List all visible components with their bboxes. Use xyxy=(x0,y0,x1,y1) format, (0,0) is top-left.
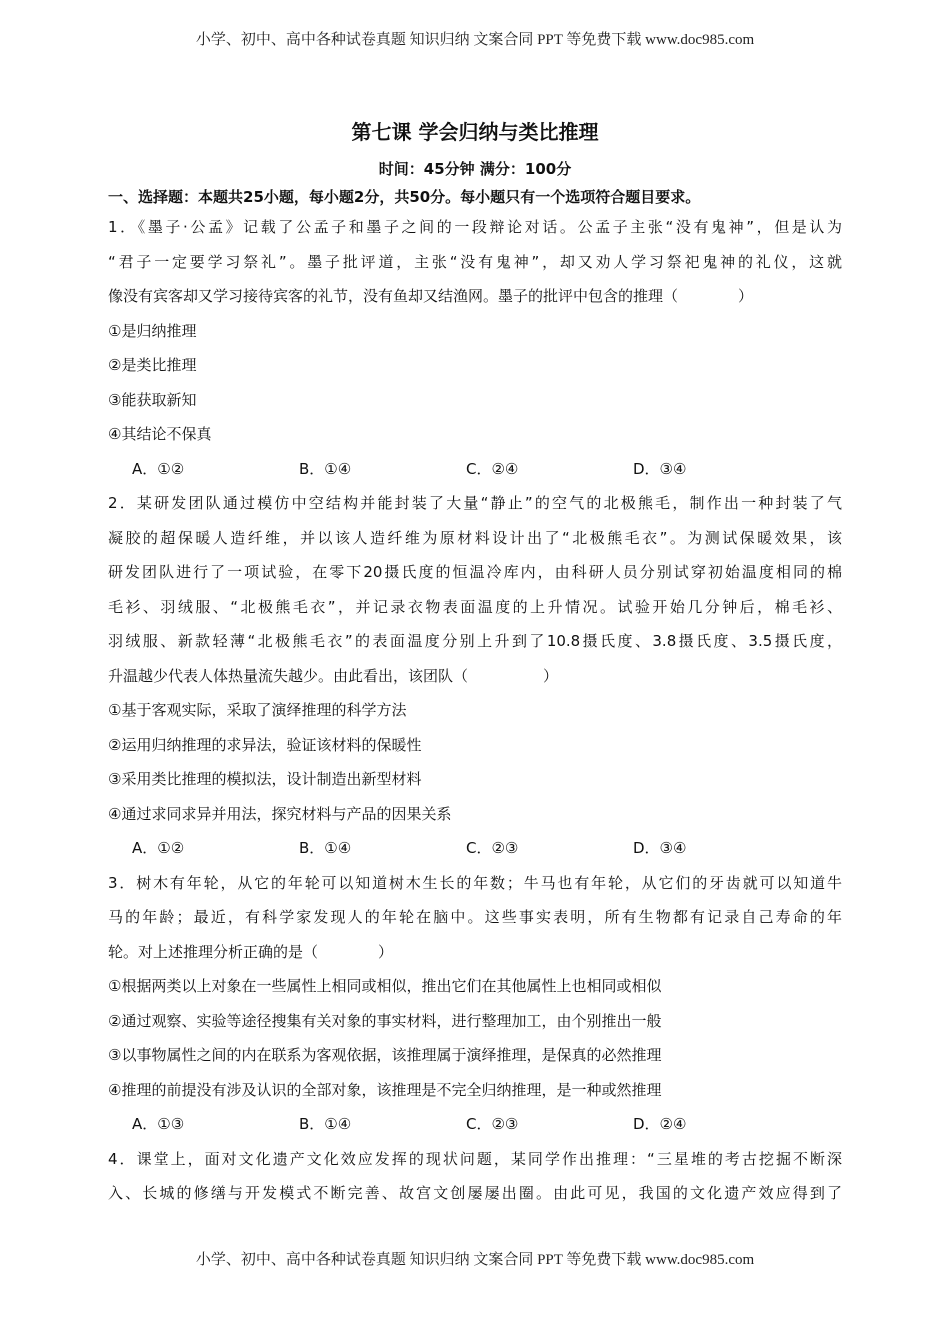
question-stem-line: 羽绒服、新款轻薄“北极熊毛衣”的表面温度分别上升到了10.8摄氏度、3.8摄氏度… xyxy=(108,624,842,659)
answer-choices: A．①② B．①④ C．②④ D．③④ xyxy=(108,452,842,487)
choice-b[interactable]: B．①④ xyxy=(299,1107,466,1142)
statement-item: ④通过求同求异并用法，探究材料与产品的因果关系 xyxy=(108,797,842,832)
section-heading: 一、选择题：本题共25小题，每小题2分，共50分。每小题只有一个选项符合题目要求… xyxy=(108,186,848,207)
statement-item: ①是归纳推理 xyxy=(108,314,842,349)
choice-a[interactable]: A．①② xyxy=(132,452,299,487)
question-stem-line: 马的年龄；最近，有科学家发现人的年轮在脑中。这些事实表明，所有生物都有记录自己寿… xyxy=(108,900,842,935)
choice-d[interactable]: D．③④ xyxy=(633,831,800,866)
page-footer-watermark: 小学、初中、高中各种试卷真题 知识归纳 文案合同 PPT 等免费下载 www.d… xyxy=(0,1248,950,1269)
choice-d[interactable]: D．②④ xyxy=(633,1107,800,1142)
question-3: 3．树木有年轮，从它的年轮可以知道树木生长的年数；牛马也有年轮，从它们的牙齿就可… xyxy=(108,866,842,1142)
statement-item: ④推理的前提没有涉及认识的全部对象，该推理是不完全归纳推理，是一种或然推理 xyxy=(108,1073,842,1108)
statement-item: ③能获取新知 xyxy=(108,383,842,418)
choice-c[interactable]: C．②③ xyxy=(466,1107,633,1142)
question-stem-line: 2．某研发团队通过模仿中空结构并能封装了大量“静止”的空气的北极熊毛，制作出一种… xyxy=(108,486,842,521)
question-stem-line: 升温越少代表人体热量流失越少。由此看出，该团队（ ） xyxy=(108,659,842,694)
statement-item: ①根据两类以上对象在一些属性上相同或相似，推出它们在其他属性上也相同或相似 xyxy=(108,969,842,1004)
question-stem-line: 1．《墨子·公孟》记载了公孟子和墨子之间的一段辩论对话。公孟子主张“没有鬼神”，… xyxy=(108,210,842,245)
question-stem-line: 研发团队进行了一项试验，在零下20摄氏度的恒温冷库内，由科研人员分别试穿初始温度… xyxy=(108,555,842,590)
choice-c[interactable]: C．②④ xyxy=(466,452,633,487)
statement-item: ③以事物属性之间的内在联系为客观依据，该推理属于演绎推理，是保真的必然推理 xyxy=(108,1038,842,1073)
question-stem-line: 轮。对上述推理分析正确的是（ ） xyxy=(108,935,842,970)
choice-a[interactable]: A．①② xyxy=(132,831,299,866)
statement-item: ②通过观察、实验等途径搜集有关对象的事实材料，进行整理加工，由个别推出一般 xyxy=(108,1004,842,1039)
choice-c[interactable]: C．②③ xyxy=(466,831,633,866)
choice-b[interactable]: B．①④ xyxy=(299,452,466,487)
question-stem-line: 入、长城的修缮与开发模式不断完善、故宫文创屡屡出圈。由此可见，我国的文化遗产效应… xyxy=(108,1176,842,1211)
question-stem-line: 3．树木有年轮，从它的年轮可以知道树木生长的年数；牛马也有年轮，从它们的牙齿就可… xyxy=(108,866,842,901)
statement-item: ③采用类比推理的模拟法，设计制造出新型材料 xyxy=(108,762,842,797)
question-4: 4．课堂上，面对文化遗产文化效应发挥的现状问题，某同学作出推理：“三星堆的考古挖… xyxy=(108,1142,842,1211)
question-2: 2．某研发团队通过模仿中空结构并能封装了大量“静止”的空气的北极熊毛，制作出一种… xyxy=(108,486,842,866)
statement-item: ②是类比推理 xyxy=(108,348,842,383)
page-title: 第七课 学会归纳与类比推理 xyxy=(0,116,950,145)
question-stem-line: 4．课堂上，面对文化遗产文化效应发挥的现状问题，某同学作出推理：“三星堆的考古挖… xyxy=(108,1142,842,1177)
page-header-watermark: 小学、初中、高中各种试卷真题 知识归纳 文案合同 PPT 等免费下载 www.d… xyxy=(0,28,950,49)
statement-item: ①基于客观实际，采取了演绎推理的科学方法 xyxy=(108,693,842,728)
statement-item: ②运用归纳推理的求异法，验证该材料的保暖性 xyxy=(108,728,842,763)
question-stem-line: “君子一定要学习祭礼”。墨子批评道，主张“没有鬼神”，却又劝人学习祭祀鬼神的礼仪… xyxy=(108,245,842,280)
question-1: 1．《墨子·公孟》记载了公孟子和墨子之间的一段辩论对话。公孟子主张“没有鬼神”，… xyxy=(108,210,842,486)
question-stem-line: 凝胶的超保暖人造纤维，并以该人造纤维为原材料设计出了“北极熊毛衣”。为测试保暖效… xyxy=(108,521,842,556)
answer-choices: A．①② B．①④ C．②③ D．③④ xyxy=(108,831,842,866)
questions-container: 1．《墨子·公孟》记载了公孟子和墨子之间的一段辩论对话。公孟子主张“没有鬼神”，… xyxy=(108,210,842,1211)
choice-b[interactable]: B．①④ xyxy=(299,831,466,866)
question-stem-line: 毛衫、羽绒服、“北极熊毛衣”，并记录衣物表面温度的上升情况。试验开始几分钟后，棉… xyxy=(108,590,842,625)
answer-choices: A．①③ B．①④ C．②③ D．②④ xyxy=(108,1107,842,1142)
question-stem-line: 像没有宾客却又学习接待宾客的礼节，没有鱼却又结渔网。墨子的批评中包含的推理（ ） xyxy=(108,279,842,314)
exam-info: 时间：45分钟 满分：100分 xyxy=(0,158,950,179)
choice-a[interactable]: A．①③ xyxy=(132,1107,299,1142)
choice-d[interactable]: D．③④ xyxy=(633,452,800,487)
statement-item: ④其结论不保真 xyxy=(108,417,842,452)
